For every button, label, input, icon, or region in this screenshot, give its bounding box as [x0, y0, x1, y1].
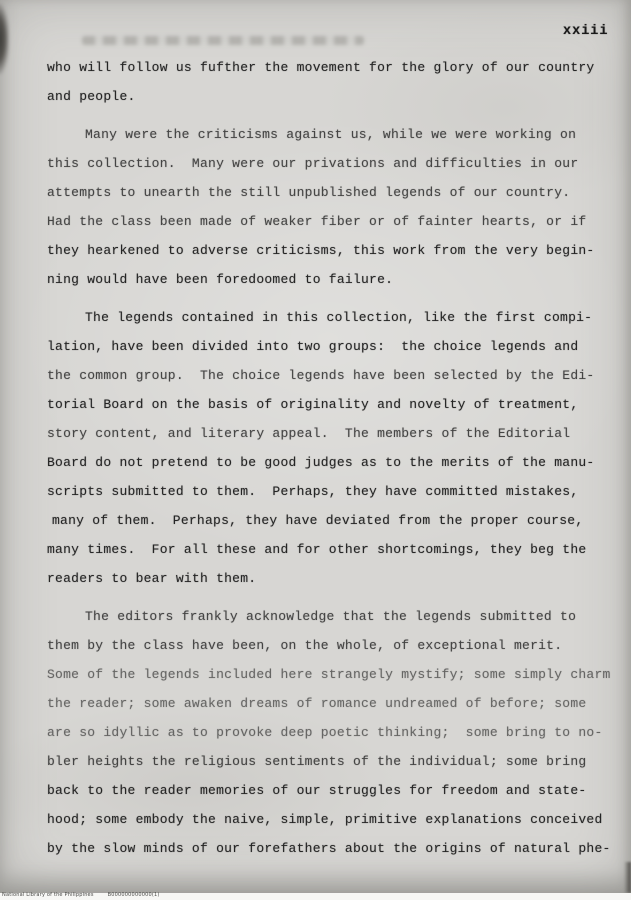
text-line: torial Board on the basis of originality…	[47, 397, 612, 426]
text-line: many times. For all these and for other …	[47, 542, 612, 571]
text-line: Had the class been made of weaker fiber …	[47, 214, 612, 243]
text-line: attempts to unearth the still unpublishe…	[47, 185, 612, 214]
text-line: and people.	[47, 89, 612, 118]
text-line: the common group. The choice legends hav…	[47, 368, 612, 397]
text-line: by the slow minds of our forefathers abo…	[47, 841, 612, 870]
text-line: who will follow us fufther the movement …	[47, 60, 612, 89]
text-line: they hearkened to adverse criticisms, th…	[47, 243, 612, 272]
scanned-document-page: xxiii who will follow us fufther the mov…	[0, 0, 631, 893]
text-line: scripts submitted to them. Perhaps, they…	[47, 484, 612, 513]
text-line: Some of the legends included here strang…	[47, 667, 612, 696]
typewritten-text-block: who will follow us fufther the movement …	[47, 60, 612, 870]
left-edge-shadow	[0, 4, 9, 74]
catalog-mark-text: B000000000000(1)	[108, 892, 160, 898]
ghost-text-smudge	[82, 36, 364, 45]
text-line: story content, and literary appeal. The …	[47, 426, 612, 455]
text-line: Many were the criticisms against us, whi…	[47, 127, 612, 156]
text-line: this collection. Many were our privation…	[47, 156, 612, 185]
text-line: the reader; some awaken dreams of romanc…	[47, 696, 612, 725]
text-line: ning would have been foredoomed to failu…	[47, 272, 612, 301]
text-line: The legends contained in this collection…	[47, 310, 612, 339]
scan-footer: National Library of the Philippines B000…	[2, 892, 160, 898]
page-number: xxiii	[563, 24, 609, 39]
text-line: many of them. Perhaps, they have deviate…	[47, 513, 612, 542]
text-line: hood; some embody the naive, simple, pri…	[47, 812, 612, 841]
library-stamp-text: National Library of the Philippines	[2, 892, 94, 898]
text-line: bler heights the religious sentiments of…	[47, 754, 612, 783]
text-line: are so idyllic as to provoke deep poetic…	[47, 725, 612, 754]
right-edge-shadow	[624, 862, 631, 893]
text-line: them by the class have been, on the whol…	[47, 638, 612, 667]
text-line: Board do not pretend to be good judges a…	[47, 455, 612, 484]
text-line: The editors frankly acknowledge that the…	[47, 609, 612, 638]
text-line: lation, have been divided into two group…	[47, 339, 612, 368]
text-line: readers to bear with them.	[47, 571, 612, 600]
text-line: back to the reader memories of our strug…	[47, 783, 612, 812]
